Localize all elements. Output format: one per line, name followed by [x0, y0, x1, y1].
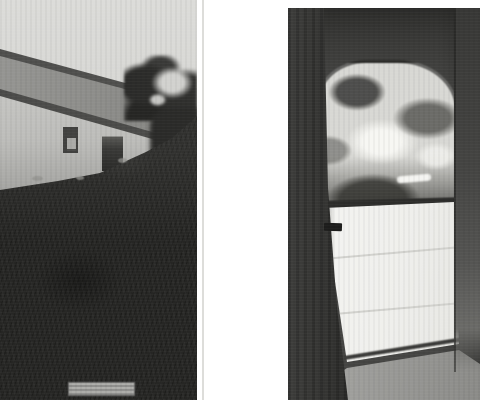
door-latch — [324, 223, 342, 232]
page-background — [0, 0, 480, 400]
doorway-to-gate-photo — [288, 8, 480, 400]
wall-highlight — [32, 176, 43, 181]
right-door-jamb — [454, 8, 480, 372]
house-window — [63, 127, 78, 153]
house-behind-wall-photo — [0, 0, 197, 400]
arched-opening-view — [316, 60, 458, 212]
photo-edge-line — [202, 0, 204, 400]
sign-plate — [68, 382, 135, 396]
window-pane — [67, 138, 76, 151]
wall-highlight — [118, 158, 127, 163]
bright-sky-sliver — [397, 174, 431, 184]
wall-highlight — [76, 176, 84, 180]
